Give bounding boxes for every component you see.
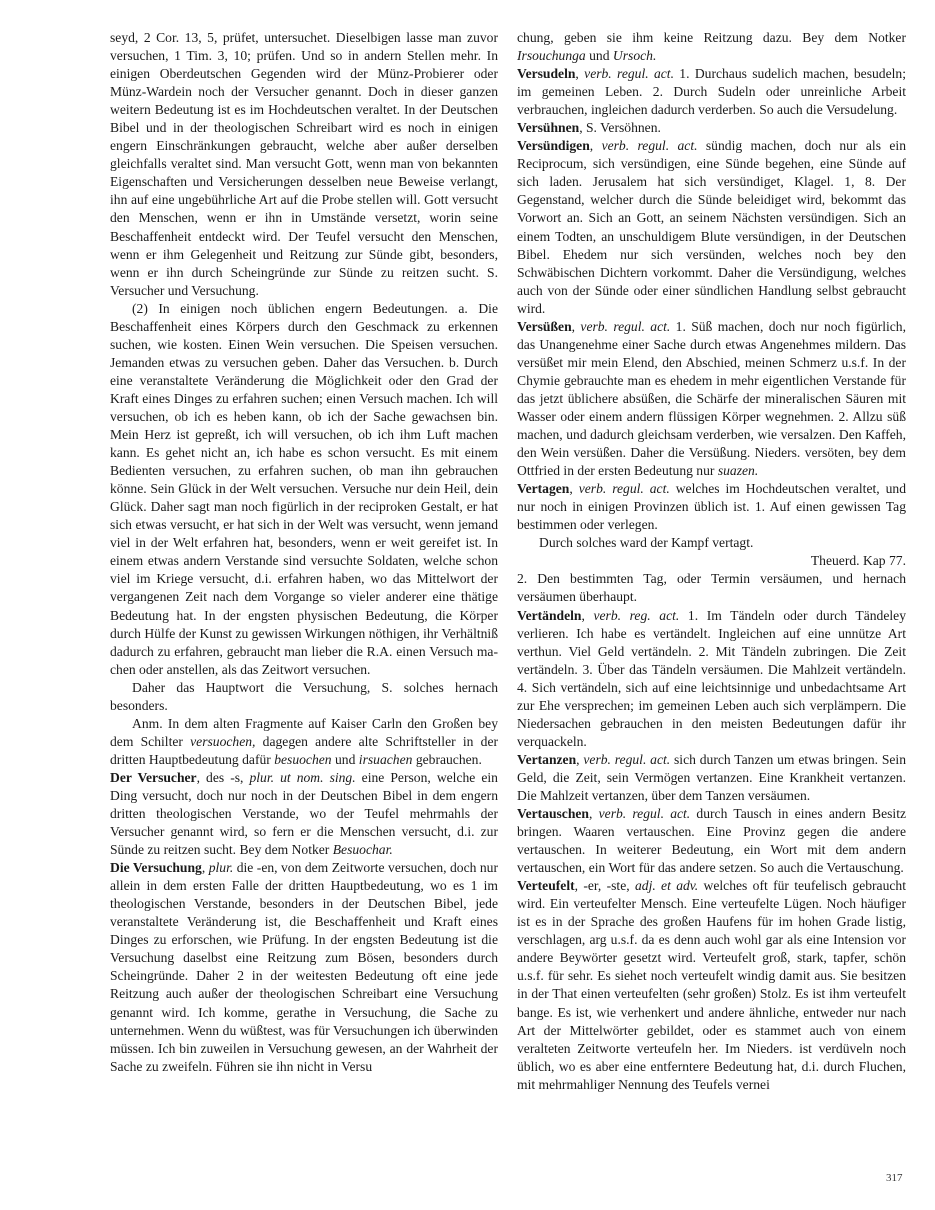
italic-annotation: plur. ut nom. sing. [249,770,355,785]
headword: Der Versucher [110,770,197,785]
body-text: sündig machen, doch nur als ein Reciproc… [517,138,906,315]
headword: Versündigen [517,138,590,153]
body-text: , des -s, [197,770,250,785]
body-text: die -en, von dem Zeitworte versuchen, do… [110,860,498,1074]
body-text: 1. Im Tändeln oder durch Tändeley verlie… [517,608,906,749]
body-text: , [202,860,209,875]
italic-annotation: suazen. [718,463,758,478]
body-text: 2. Den bestimmten Tag, oder Termin versä… [517,571,906,604]
headword: Die Versuchung [110,860,202,875]
body-text: welches oft für teufelisch ge­braucht wi… [517,878,906,1092]
italic-annotation: Irsouchunga [517,48,586,63]
italic-annotation: plur. [209,860,234,875]
text-column-left: seyd, 2 Cor. 13, 5, prüfet, untersuchet.… [110,29,498,1076]
body-text: , [581,608,593,623]
headword: Vertändeln [517,608,581,623]
dictionary-entry-paragraph: Versudeln, verb. regul. act. 1. Durchaus… [517,65,906,119]
dictionary-entry-paragraph: Anm. In dem alten Fragmente auf Kaiser C… [110,715,498,769]
body-text: , [590,138,602,153]
page-number: 317 [886,1172,903,1184]
body-text: , S. Versöhnen. [579,120,661,135]
body-text: 1. Süß machen, doch nur noch fi­gürlich,… [517,319,906,478]
body-text: gebrauchen. [412,752,481,767]
dictionary-entry-paragraph: Der Versucher, des -s, plur. ut nom. sin… [110,769,498,859]
body-text: , [575,66,584,81]
dictionary-entry-paragraph: Versündigen, verb. regul. act. sündig ma… [517,137,906,317]
dictionary-entry-paragraph: Die Versuchung, plur. die -en, von dem Z… [110,859,498,1076]
dictionary-entry-paragraph: Versüßen, verb. regul. act. 1. Süß mache… [517,318,906,480]
body-text: Daher das Hauptwort die Versuchung, S. s… [110,680,498,713]
italic-annotation: verb. regul. act. [583,752,670,767]
italic-annotation: verb. reg. act. [593,608,679,623]
italic-annotation: versuochen, [190,734,255,749]
headword: Vertanzen [517,752,576,767]
dictionary-entry-paragraph: Vertanzen, verb. regul. act. sich durch … [517,751,906,805]
dictionary-entry-paragraph: 2. Den bestimmten Tag, oder Termin versä… [517,570,906,606]
italic-annotation: verb. regul. act. [579,481,670,496]
body-text: und [332,752,359,767]
body-text: chung, geben sie ihm keine Reitzung dazu… [517,30,906,45]
italic-annotation: verb. regul. act. [584,66,674,81]
italic-annotation: Ursoch. [613,48,656,63]
headword: Versühnen [517,120,579,135]
dictionary-entry-paragraph: Vertändeln, verb. reg. act. 1. Im Tändel… [517,607,906,751]
dictionary-entry-paragraph: chung, geben sie ihm keine Reitzung dazu… [517,29,906,65]
italic-annotation: verb. regul. act. [580,319,670,334]
dictionary-entry-paragraph: (2) In einigen noch üblichen engern Bede… [110,300,498,679]
dictionary-entry-paragraph: Vertagen, verb. regul. act. welches im H… [517,480,906,534]
italic-annotation: adj. et adv. [635,878,698,893]
dictionary-entry-paragraph: Versühnen, S. Versöhnen. [517,119,906,137]
headword: Vertauschen [517,806,589,821]
body-text: seyd, 2 Cor. 13, 5, prüfet, untersuchet.… [110,30,498,298]
dictionary-entry-paragraph: Theuerd. Kap 77. [517,552,906,570]
dictionary-entry-paragraph: Durch solches ward der Kampf vertagt. [517,534,906,552]
headword: Versüßen [517,319,572,334]
body-text: und [586,48,613,63]
italic-annotation: besuochen [274,752,331,767]
italic-annotation: verb. regul. act. [599,806,691,821]
body-text: (2) In einigen noch üblichen engern Bede… [110,301,498,677]
body-text: Durch solches ward der Kampf vertagt. [539,535,753,550]
text-column-right: chung, geben sie ihm keine Reitzung dazu… [517,29,906,1094]
dictionary-entry-paragraph: Verteufelt, -er, -ste, adj. et adv. welc… [517,877,906,1094]
italic-annotation: irsuachen [359,752,413,767]
dictionary-entry-paragraph: Vertauschen, verb. regul. act. durch Tau… [517,805,906,877]
headword: Vertagen [517,481,569,496]
italic-annotation: Besuochar. [333,842,393,857]
body-text: , -er, -ste, [575,878,635,893]
body-text: Theuerd. Kap 77. [811,553,906,568]
italic-annotation: verb. regul. act. [602,138,698,153]
headword: Verteufelt [517,878,575,893]
body-text: , [589,806,599,821]
dictionary-entry-paragraph: seyd, 2 Cor. 13, 5, prüfet, untersuchet.… [110,29,498,300]
body-text: , [569,481,578,496]
dictionary-entry-paragraph: Daher das Hauptwort die Versuchung, S. s… [110,679,498,715]
headword: Versudeln [517,66,575,81]
